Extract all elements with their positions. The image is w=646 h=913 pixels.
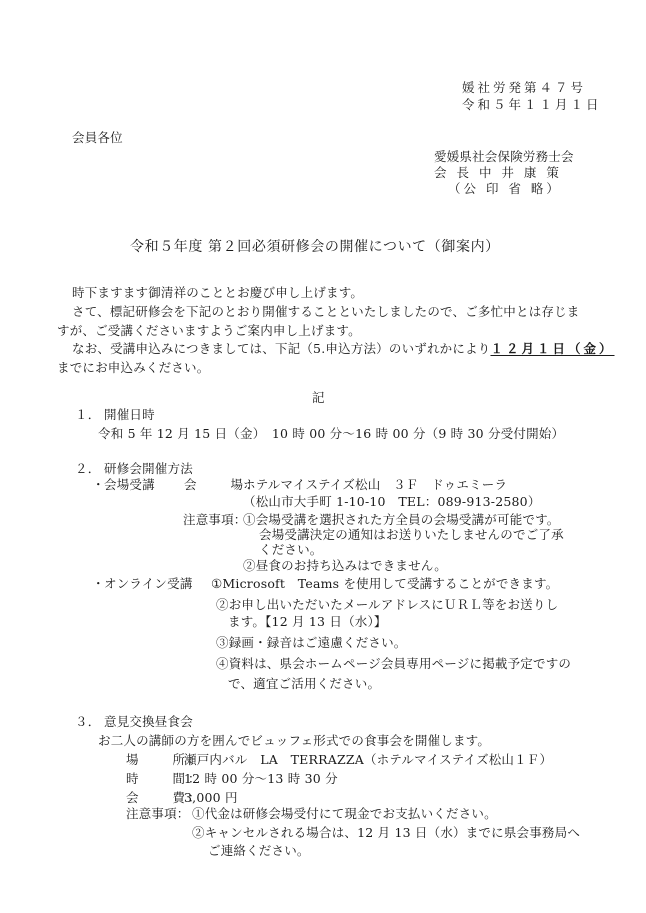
online-note-4-cont: で、適宜ご活用ください。 [228, 676, 380, 692]
recipient: 会員各位 [72, 130, 123, 146]
intro-line-5: までにお申込みください。 [57, 360, 209, 376]
lunch-note-1: ①代金は研修会場受付にて現金でお支払いください。 [192, 806, 497, 822]
intro-line-4: なお、受講申込みにつきましては、下記（5.申込方法）のいずれかにより１２月１日（… [72, 341, 615, 357]
venue-bullet: ・ [92, 477, 105, 493]
section2-heading: 研修会開催方法 [104, 461, 193, 477]
ki-heading: 記 [312, 390, 325, 406]
online-note-4: ④資料は、県会ホームページ会員専用ページに掲載予定ですの [216, 656, 571, 672]
lunch-note-2: ②キャンセルされる場合は、12 月 13 日（水）までに県会事務局へ [192, 825, 580, 841]
event-datetime: 令和 5 年 12 月 15 日（金） 10 時 00 分～16 時 00 分（… [98, 426, 564, 442]
intro-greeting: 時下ますます御清祥のこととお慶び申し上げます。 [72, 285, 363, 301]
sender-name: 会 長 中 井 康 策 [434, 165, 562, 181]
venue-note-2: ②昼食のお持ち込みはできません。 [243, 558, 447, 574]
intro-line-3: すが、ご受講くださいますようご案内申し上げます。 [57, 323, 361, 339]
intro-line-4-text: なお、受講申込みにつきましては、下記（5.申込方法）のいずれかにより [72, 341, 490, 356]
intro-line-2: さて、標記研修会を下記のとおり開催することといたしましたので、ご多忙中とは存じま [72, 304, 580, 320]
online-note-1: ①Microsoft Teams を使用して受講することができます。 [211, 576, 558, 592]
online-note-2-cont: ます。【12 月 13 日（水）】 [228, 614, 387, 630]
section3-number: ３． [75, 714, 100, 730]
section1-number: １． [75, 407, 100, 423]
lunch-place: 瀬戸内バル LA TERRAZZA（ホテルマイステイズ松山１Ｆ） [184, 752, 552, 768]
venue-note-1-cont: 会場受講決定の通知はお送りいたしませんのでご了承 [259, 527, 564, 543]
venue-note-1-cont2: ください。 [259, 542, 323, 558]
online-note-3: ③録画・録音はご遠慮ください。 [216, 635, 407, 651]
lunch-note-2-cont: ご連絡ください。 [208, 843, 310, 859]
venue-note-1: ①会場受講を選択された方全員の会場受講が可能です。 [243, 512, 560, 528]
online-bullet: ・ [92, 576, 105, 592]
venue-name: ホテルマイステイズ松山 ３Ｆ ドゥエミーラ [243, 477, 507, 493]
application-deadline: １２月１日（金） [490, 341, 614, 356]
issue-date: 令和５年１１月１日 [462, 97, 602, 113]
lunch-fee: 3,000 円 [184, 790, 238, 806]
document-number: 媛社労発第４７号 [462, 80, 586, 96]
seal-omitted-note: （公 印 省 略） [448, 181, 562, 197]
section1-heading: 開催日時 [104, 407, 155, 423]
lunch-description: お二人の講師の方を囲んでビュッフェ形式での食事会を開催します。 [98, 733, 490, 749]
venue-attendance-label: 会場受講 [104, 477, 155, 493]
venue-address: （松山市大手町 1-10-10 TEL：089-913-2580） [243, 494, 541, 510]
section3-heading: 意見交換昼食会 [104, 714, 193, 730]
sender-organization: 愛媛県社会保険労務士会 [434, 149, 574, 165]
page-title: 令和５年度 第２回必須研修会の開催について（御案内） [130, 239, 500, 255]
lunch-time: 12 時 00 分～13 時 30 分 [184, 771, 338, 787]
section2-number: ２． [75, 461, 100, 477]
online-attendance-label: オンライン受講 [104, 576, 193, 592]
lunch-notes-label: 注意事項： [126, 806, 190, 822]
online-note-2: ②お申し出いただいたメールアドレスにＵＲＬ等をお送りし [216, 597, 558, 613]
venue-notes-label: 注意事項： [183, 512, 247, 528]
